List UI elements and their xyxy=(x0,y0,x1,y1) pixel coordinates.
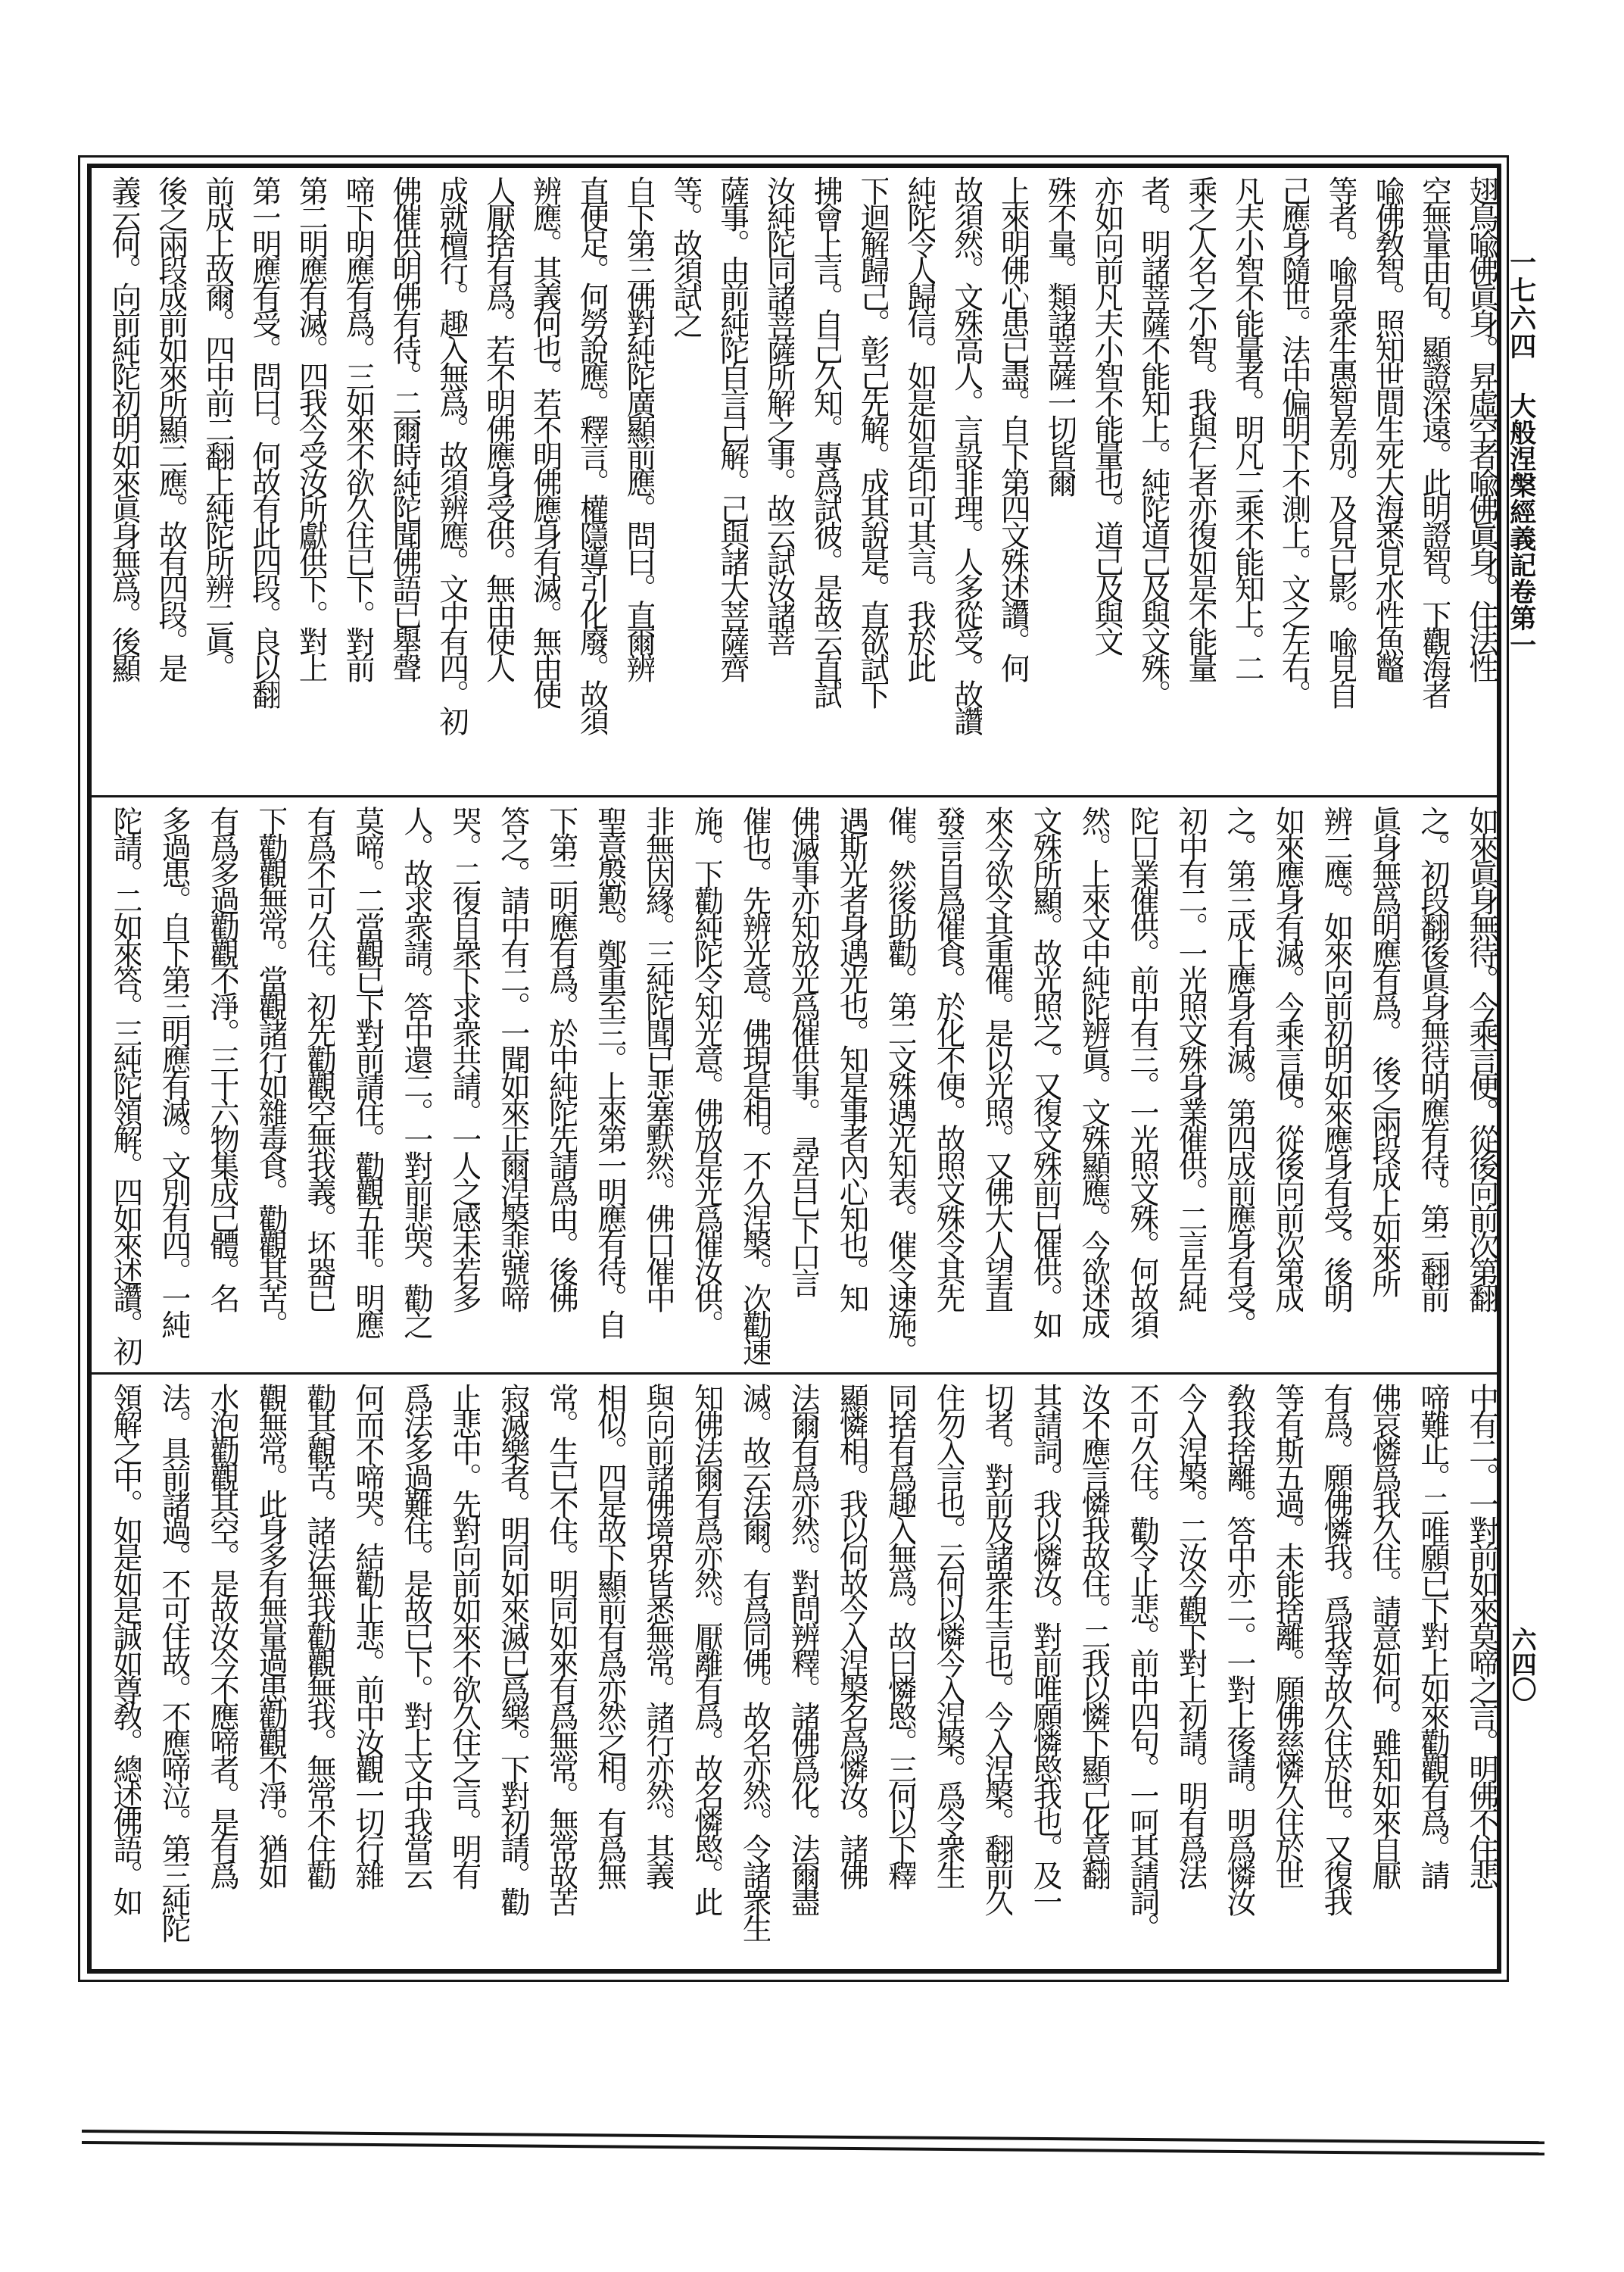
text-column: 知佛法爾有爲亦然。厭離有爲。故名憐愍。此 xyxy=(674,1383,722,1972)
text-column: 同捨有爲趣入無爲。故曰憐愍。三何以下釋 xyxy=(868,1383,915,1972)
text-column: 佛催供明佛有待。二爾時純陀聞佛語已舉聲 xyxy=(374,176,420,791)
text-column: 來今欲令其重催。是以光照。又佛大人望直 xyxy=(965,806,1012,1368)
text-column: 答之。請中有二。一聞如來正爾涅槃悲號啼 xyxy=(481,806,528,1368)
text-column: 發言自爲催食。於化不便。故照文殊令其先 xyxy=(916,806,964,1368)
text-column: 陀請。二如來答。三純陀領解。四如來述讚。初 xyxy=(93,806,141,1368)
text-column: 今入涅槃。二汝今觀下對上初請。明有爲法 xyxy=(1158,1383,1206,1972)
text-column: 陀口業催供。前中有三。一光照文殊。何故須 xyxy=(1110,806,1158,1368)
text-column: 直便足。何勞說應。釋言。權隱導引化廢。故須 xyxy=(561,176,607,791)
text-column: 施。下勸純陀令知光意。佛放是光爲催汝供。 xyxy=(674,806,722,1368)
text-column: 辨二應。如來向前初明如來應身有受。後明 xyxy=(1304,806,1351,1368)
text-column: 顯憐相。我以何故今入涅槃名爲憐汝。諸佛 xyxy=(819,1383,867,1972)
text-column: 前成上故爾。四中前二翻上純陀所辨二眞。 xyxy=(187,176,233,791)
text-column: 哭。二復自衆下求衆共請。一人之感未若多 xyxy=(432,806,480,1368)
text-column: 下第二明應有爲。於中純陀先請爲由。後佛 xyxy=(529,806,577,1368)
text-column: 領解之中。如是如是誠如尊敎。總述佛語。如 xyxy=(93,1383,141,1972)
text-column: 下迴解歸己。彰己先解。成其說是。直欲試下 xyxy=(842,176,888,791)
text-column: 薩事。由前純陀自言己解。己與諸大菩薩齊 xyxy=(702,176,748,791)
text-column: 之。初段翻後眞身無待明應有待。第二翻前 xyxy=(1401,806,1448,1368)
text-column: 空無量由旬。顯證深遠。此明證智。下觀海者 xyxy=(1404,176,1450,791)
text-column: 亦如向前凡夫小智不能量也。道己及與文 xyxy=(1076,176,1122,791)
scanned-sutra-page: 一七六四 大般涅槃經義記卷第一 六四〇 翅鳥喩佛眞身。昇虛空者喩佛眞身。住法性 … xyxy=(0,0,1624,2272)
text-column: 遇斯光者身遇光也。知是事者內心知也。知 xyxy=(819,806,867,1368)
text-column: 己應身隨世。法中偏明下不測上。文之左右。 xyxy=(1263,176,1309,791)
text-column: 何而不啼哭。結勸止悲。前中汝觀一切行雜 xyxy=(335,1383,383,1972)
text-column: 翅鳥喩佛眞身。昇虛空者喩佛眞身。住法性 xyxy=(1451,176,1497,791)
text-column: 催。然後助勸。第二文殊遇光知表。催令速施。 xyxy=(868,806,915,1368)
text-column: 下勸觀無常。當觀諸行如雜毒食。勸觀其苦。 xyxy=(238,806,286,1368)
text-column: 辨應。其義何也。若不明佛應身有滅。無由使 xyxy=(514,176,560,791)
text-column: 法爾有爲亦然。對問辨釋。諸佛爲化。法爾盡 xyxy=(771,1383,818,1972)
folio-number: 六四〇 xyxy=(1509,1627,1535,1702)
text-column: 故須然。文殊高人。言設非理。人多從受。故讚 xyxy=(936,176,982,791)
text-column: 爲法多過難住。是故已下。對上文中我當云 xyxy=(384,1383,432,1972)
text-column: 之。第三成上應身有滅。第四成前應身有受。 xyxy=(1207,806,1255,1368)
text-column: 有爲。願佛憐我。爲我等故久住於世。又復我 xyxy=(1304,1383,1351,1972)
register-divider-2 xyxy=(92,1372,1497,1375)
text-column: 成就檀行。趣入無爲。故須辨應。文中有四。初 xyxy=(421,176,467,791)
margin-page-number: 一七六四 xyxy=(1507,248,1535,360)
text-column: 凡夫小智不能量者。明凡二乘不能知上。二 xyxy=(1217,176,1263,791)
text-column: 水泡勸觀其空。是故汝今不應啼者。是有爲 xyxy=(190,1383,238,1972)
text-column: 純陀令人歸信。如是如是印可其言。我於此 xyxy=(889,176,935,791)
text-column: 寂滅樂者。明同如來滅已爲樂。下對初請。勸 xyxy=(481,1383,528,1972)
text-column: 第二明應有滅。四我今受汝所獻供下。對上 xyxy=(280,176,326,791)
text-column: 汝不應言憐我故住。二我以憐下顯己化意翻 xyxy=(1061,1383,1109,1972)
text-column: 佛哀憐爲我久住。請意如何。雖知如來自厭 xyxy=(1352,1383,1400,1972)
text-column: 止悲中。先對向前如來不欲久住之言。明有 xyxy=(432,1383,480,1972)
text-column: 自下第三佛對純陀廣顯前應。問曰。直爾辨 xyxy=(608,176,654,791)
text-column: 上來明佛心患已盡。自下第四文殊述讚。何 xyxy=(982,176,1028,791)
text-column: 中有二。一對前如來莫啼之言。明佛不住悲 xyxy=(1449,1383,1497,1972)
text-column: 勸其觀苦。諸法無我勸觀無我。無常不住勸 xyxy=(287,1383,335,1972)
text-column: 拂會上言。自己久知。專爲試彼。是故云直試 xyxy=(795,176,841,791)
text-column: 常。生已不住。明同如來有爲無常。無常故苦 xyxy=(529,1383,577,1972)
text-column: 不可久住。勸令止悲。前中四句。一呵其請詞。 xyxy=(1110,1383,1158,1972)
text-column: 第一明應有受。問曰。何故有此四段。良以翻 xyxy=(233,176,279,791)
text-column: 切者。對前及諸衆生言也。今入涅槃。翻前久 xyxy=(965,1383,1012,1972)
text-column: 等有斯五過。未能捨離。願佛慈憐久住於世 xyxy=(1255,1383,1303,1972)
text-column: 初中有二。一光照文殊身業催供。二言告純 xyxy=(1158,806,1206,1368)
text-column: 非無因緣。三純陀聞已悲塞默然。佛口催中 xyxy=(625,806,673,1368)
text-column: 者。明諸菩薩不能知上。純陀道己及與文殊。 xyxy=(1123,176,1169,791)
text-column: 人厭捨有爲。若不明佛應身受供。無由使人 xyxy=(468,176,514,791)
top-register: 翅鳥喩佛眞身。昇虛空者喩佛眞身。住法性 空無量由旬。顯證深遠。此明證智。下觀海者… xyxy=(93,176,1497,791)
text-column: 聖意慇懃。鄭重至三。上來第一明應有待。自 xyxy=(578,806,625,1368)
margin-volume-title: 大般涅槃經義記卷第一 xyxy=(1507,392,1535,657)
text-column: 法。具前諸過。不可住故。不應啼泣。第三純陀 xyxy=(142,1383,189,1972)
text-column: 汝純陀同諸菩薩所解之事。故云試汝諸菩 xyxy=(748,176,794,791)
text-column: 文殊所顯。故光照之。又復文殊前已催供。如 xyxy=(1013,806,1061,1368)
text-column: 後之兩段成前如來所顯二應。故有四段。是 xyxy=(140,176,186,791)
text-column: 與向前諸佛境界皆悉無常。諸行亦然。其義 xyxy=(625,1383,673,1972)
bottom-rule-line-2 xyxy=(82,2141,1545,2155)
text-column: 滅。故云法爾。有爲同佛。故名亦然。令諸衆生 xyxy=(722,1383,770,1972)
text-column: 眞身無爲明應有爲。 後之兩段成上如來所 xyxy=(1352,806,1400,1368)
text-column: 然。上來文中純陀辨眞。文殊顯應。今欲述成 xyxy=(1061,806,1109,1368)
middle-register: 如來眞身無待。今乘言便。從後向前次第翻 之。初段翻後眞身無待明應有待。第二翻前 … xyxy=(93,806,1497,1368)
register-divider-1 xyxy=(92,795,1497,797)
text-column: 殊不量。類諸菩薩一切皆爾 xyxy=(1029,176,1075,791)
text-column: 有爲多過勸觀不淨。三十六物集成己體。名 xyxy=(190,806,238,1368)
text-column: 相似。四是故下顯前有爲亦然之相。有爲無 xyxy=(578,1383,625,1972)
text-column: 如來眞身無待。今乘言便。從後向前次第翻 xyxy=(1449,806,1497,1368)
text-column: 多過患。自下第三明應有滅。文別有四。一純 xyxy=(142,806,189,1368)
text-column: 催也。先辨光意。佛現是相。不久涅槃。次勸速 xyxy=(722,806,770,1368)
text-column: 啼難止。二唯願已下對上如來勸觀有爲。請 xyxy=(1401,1383,1448,1972)
text-column: 觀無常。此身多有無量過患勸觀不淨。猶如 xyxy=(238,1383,286,1972)
text-column: 喩佛敎智。照知世間生死大海悉見水性魚鼈 xyxy=(1357,176,1403,791)
text-column: 人。故求衆請。答中還二。一對前悲哭。勸之 xyxy=(384,806,432,1368)
text-column: 啼下明應有爲。三如來不欲久住已下。對前 xyxy=(327,176,373,791)
text-column: 義云何。向前純陀初明如來眞身無爲。後顯 xyxy=(93,176,139,791)
text-column: 敎我捨離。答中亦二。一對上後請。明爲憐汝 xyxy=(1207,1383,1255,1972)
text-column: 其請詞。我以憐汝。對前唯願憐愍我也。及一 xyxy=(1013,1383,1061,1972)
text-column: 等者。喩見衆生愚智差別。及見已影。喩見自 xyxy=(1310,176,1356,791)
text-column: 等。故須試之 xyxy=(655,176,701,791)
text-column: 莫啼。二當觀已下對前請住。勸觀五非。明應 xyxy=(335,806,383,1368)
text-column: 佛滅事亦知放光爲催供事。 尋告已下口言 xyxy=(771,806,818,1368)
text-column: 住勿入言也。云何以憐今入涅槃。爲令衆生 xyxy=(916,1383,964,1972)
bottom-register: 中有二。一對前如來莫啼之言。明佛不住悲 啼難止。二唯願已下對上如來勸觀有爲。請 … xyxy=(93,1383,1497,1972)
text-column: 乘之人名之小智。我與仁者亦復如是不能量 xyxy=(1170,176,1216,791)
text-column: 有爲不可久住。初先勸觀空無我義。坏器已 xyxy=(287,806,335,1368)
text-column: 如來應身有滅。今乘言便。從後向前次第成 xyxy=(1255,806,1303,1368)
